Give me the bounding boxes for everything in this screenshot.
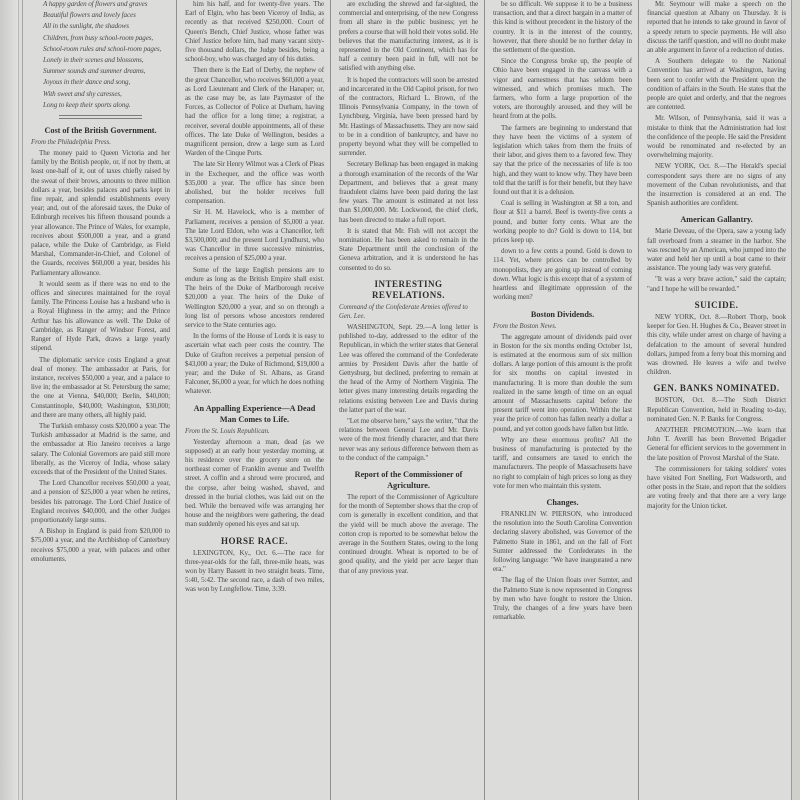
article-paragraph: The Lord Chancellor receives $50,000 a y… [31, 479, 170, 525]
article-paragraph: Some of the large English pensions are t… [185, 266, 324, 330]
article-headline: HORSE RACE. [185, 536, 324, 547]
poem: A happy garden of flowers and gravesBeau… [31, 0, 170, 110]
article-paragraph: It is hoped the contractors will soon be… [339, 76, 478, 159]
article-paragraph: FRANKLIN W. PIERSON, who introduced the … [493, 510, 632, 574]
poem-line: School-room rules and school-room pages, [31, 45, 170, 54]
article-paragraph: "It was a very brave action," said the c… [647, 275, 786, 293]
article-paragraph: Marie Deveau, of the Opera, saw a young … [647, 227, 786, 273]
article-paragraph: LEXINGTON, Ky., Oct. 6.—The race for thr… [185, 549, 324, 595]
article-headline: SUICIDE. [647, 300, 786, 311]
article-paragraph: be so difficult. We suppose it to be a b… [493, 0, 632, 55]
poem-line: All in the sunlight, the shadows [31, 22, 170, 31]
article-paragraph: Sir H. M. Havelock, who is a member of P… [185, 208, 324, 263]
article-paragraph: Coal is selling in Washington at $8 a to… [493, 199, 632, 245]
article-paragraph: It is stated that Mr. Fish will not acce… [339, 227, 478, 273]
article-paragraph: Secretary Belknap has been engaged in ma… [339, 160, 478, 224]
article-headline: Boston Dividends. [493, 309, 632, 320]
article-headline: INTERESTING REVELATIONS. [339, 279, 478, 301]
article-paragraph: In the forms of the House of Lords it is… [185, 332, 324, 396]
article-paragraph: are excluding the shrewd and far-sighted… [339, 0, 478, 74]
article-headline: Report of the Commissioner of Agricultur… [339, 469, 478, 491]
newspaper-column-3: are excluding the shrewd and far-sighted… [330, 0, 484, 800]
article-paragraph: Since the Congress broke up, the people … [493, 57, 632, 121]
article-headline: GEN. BANKS NOMINATED. [647, 383, 786, 394]
poem-line: Children, from busy school-room pages, [31, 34, 170, 43]
article-headline: American Gallantry. [647, 214, 786, 225]
article-paragraph: The aggregate amount of dividends paid o… [493, 333, 632, 434]
article-paragraph: Mr. Wilson, of Pennsylvania, said it was… [647, 114, 786, 160]
article-source: Command of the Confederate Armies offere… [339, 303, 478, 321]
poem-line: Beautiful flowers and lovely faces [31, 11, 170, 20]
newspaper-columns: A happy garden of flowers and gravesBeau… [22, 0, 792, 800]
newspaper-column-4: be so difficult. We suppose it to be a b… [484, 0, 638, 800]
article-paragraph: him his half, and for twenty-five years.… [185, 0, 324, 64]
page-binding-margin [0, 0, 19, 800]
newspaper-page: A happy garden of flowers and gravesBeau… [0, 0, 800, 800]
article-headline: Changes. [493, 497, 632, 508]
poem-line: A happy garden of flowers and graves [31, 0, 170, 9]
article-paragraph: It would seem as if there was no end to … [31, 280, 170, 354]
article-paragraph: The money paid to Queen Victoria and her… [31, 149, 170, 278]
article-source: From the Boston News. [493, 322, 632, 331]
article-paragraph: The flag of the Union floats over Sumter… [493, 576, 632, 622]
article-paragraph: The diplomatic service costs England a g… [31, 356, 170, 420]
article-paragraph: NEW YORK, Oct. 8.—Robert Thorp, book kee… [647, 313, 786, 377]
article-paragraph: Then there is the Earl of Derby, the nep… [185, 66, 324, 158]
newspaper-column-2: him his half, and for twenty-five years.… [176, 0, 330, 800]
article-headline: Cost of the British Government. [31, 125, 170, 136]
poem-line: Summer sounds and summer dreams, [31, 67, 170, 76]
newspaper-column-5: Mr. Seymour will make a speech on the fi… [638, 0, 792, 800]
article-source: From the St. Louis Republican. [185, 427, 324, 436]
article-paragraph: BOSTON, Oct. 8.—The Sixth District Repub… [647, 396, 786, 424]
article-paragraph: The report of the Commissioner of Agricu… [339, 493, 478, 576]
article-source: From the Philadelphia Press. [31, 138, 170, 147]
poem-line: Lonely in their scenes and blossoms, [31, 56, 170, 65]
article-paragraph: Why are these enormous profits? All the … [493, 436, 632, 491]
article-paragraph: A Bishop in England is paid from $20,000… [31, 527, 170, 564]
article-paragraph: A Southern delegate to the National Conv… [647, 57, 786, 112]
poem-line: Long to keep their sports along. [31, 101, 170, 110]
article-paragraph: ANOTHER PROMOTION.—We learn that John T.… [647, 426, 786, 463]
article-paragraph: WASHINGTON, Sept. 29.—A long letter is p… [339, 323, 478, 415]
newspaper-column-1: A happy garden of flowers and gravesBeau… [22, 0, 176, 800]
section-divider [59, 115, 142, 119]
article-paragraph: down to a few cents a pound. Gold is dow… [493, 247, 632, 302]
article-paragraph: The Turkish embassy costs $20,000 a year… [31, 422, 170, 477]
page-right-edge [791, 0, 800, 800]
poem-line: Joyous in their dance and song, [31, 78, 170, 87]
article-paragraph: The commissioners for taking soldiers' v… [647, 465, 786, 511]
article-paragraph: "Let me observe here," says the writer, … [339, 417, 478, 463]
article-paragraph: The farmers are beginning to understand … [493, 124, 632, 198]
article-paragraph: NEW YORK, Oct. 8.—The Herald's special c… [647, 162, 786, 208]
poem-line: With sweet and shy caresses, [31, 90, 170, 99]
article-paragraph: Mr. Seymour will make a speech on the fi… [647, 0, 786, 55]
article-paragraph: The late Sir Henry Wilmot was a Clerk of… [185, 160, 324, 206]
article-paragraph: Yesterday afternoon a man, dead (as we s… [185, 438, 324, 530]
article-headline: An Appalling Experience—A Dead Man Comes… [185, 403, 324, 425]
